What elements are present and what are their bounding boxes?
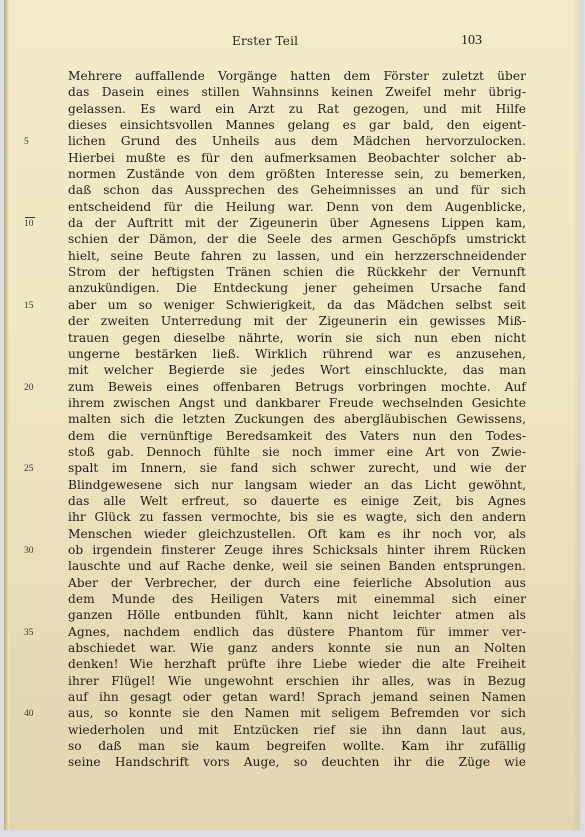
text-line: stoß gab. Dennoch fühlte sie noch immer … — [68, 444, 526, 460]
line-text: spalt im Innern, sie fand sich schwer zu… — [68, 460, 526, 476]
line-text: dieses einsichtsvollen Mannes gelang es … — [68, 117, 526, 133]
line-text: dem Munde des Heiligen Vaters mit einemm… — [68, 591, 526, 607]
text-line: denken! Wie herzhaft prüfte ihre Liebe w… — [68, 656, 526, 672]
line-text: ungerne bestärken ließ. Wirklich rührend… — [68, 346, 526, 362]
text-line: 5lichen Grund des Unheils aus dem Mädche… — [68, 133, 526, 149]
text-line: trauen gegen dieselbe nährte, worin sie … — [68, 330, 526, 346]
text-line: 10da der Auftritt mit der Zigeunerin übe… — [68, 215, 526, 231]
text-line: Blindgewesene sich nur langsam wieder an… — [68, 477, 526, 493]
line-text: anzukündigen. Die Entdeckung jener gehei… — [68, 280, 526, 296]
text-line: schien der Dämon, der die Seele des arme… — [68, 231, 526, 247]
line-text: gelassen. Es ward ein Arzt zu Rat gezoge… — [68, 101, 526, 117]
line-text: auf ihn gesagt oder getan ward! Sprach j… — [68, 689, 526, 705]
viewer-background-strip — [0, 830, 585, 837]
text-line: ihr Glück zu fassen vermochte, bis sie e… — [68, 509, 526, 525]
text-line: 20zum Beweis eines offenbaren Betrugs vo… — [68, 379, 526, 395]
line-number: 5 — [24, 134, 44, 150]
line-text: das Dasein eines stillen Wahnsinns keine… — [68, 84, 526, 100]
line-text: abschiedet war. Wie ganz anders konnte s… — [68, 640, 526, 656]
text-line: 15aber um so weniger Schwierigkeit, da d… — [68, 297, 526, 313]
line-text: denken! Wie herzhaft prüfte ihre Liebe w… — [68, 656, 526, 672]
line-number: 20 — [24, 380, 44, 396]
text-line: mit welcher Begierde sie jedes Wort eins… — [68, 362, 526, 378]
line-text: Blindgewesene sich nur langsam wieder an… — [68, 477, 526, 493]
line-number: 40 — [24, 706, 44, 722]
book-page: Erster Teil 103 Mehrere auffallende Vorg… — [4, 0, 580, 830]
text-line: dieses einsichtsvollen Mannes gelang es … — [68, 117, 526, 133]
line-text: Mehrere auffallende Vorgänge hatten dem … — [68, 68, 526, 84]
running-head: Erster Teil 103 — [4, 34, 580, 52]
line-text: hielt, seine Beute fahren zu lassen, und… — [68, 248, 526, 264]
line-text: zum Beweis eines offenbaren Betrugs vorb… — [68, 379, 526, 395]
line-number: 10 — [24, 216, 44, 232]
text-line: ihrem zwischen Angst und dankbarer Freud… — [68, 395, 526, 411]
text-line: 25spalt im Innern, sie fand sich schwer … — [68, 460, 526, 476]
text-line: lauschte und auf Rache denke, weil sie s… — [68, 558, 526, 574]
line-text: Aber der Verbrecher, der durch eine feie… — [68, 575, 526, 591]
line-text: schien der Dämon, der die Seele des arme… — [68, 231, 526, 247]
text-line: Hierbei mußte es für den aufmerksamen Be… — [68, 150, 526, 166]
line-text: das alle Welt erfreut, so dauerte es ein… — [68, 493, 526, 509]
line-text: Menschen wieder gleichzustellen. Oft kam… — [68, 526, 526, 542]
text-line: dem Munde des Heiligen Vaters mit einemm… — [68, 591, 526, 607]
line-text: mit welcher Begierde sie jedes Wort eins… — [68, 362, 526, 378]
line-text: lauschte und auf Rache denke, weil sie s… — [68, 558, 526, 574]
line-text: ihr Glück zu fassen vermochte, bis sie e… — [68, 509, 526, 525]
text-line: Mehrere auffallende Vorgänge hatten dem … — [68, 68, 526, 84]
line-text: wiederholen und mit Entzücken rief sie i… — [68, 722, 526, 738]
line-text: daß schon das Aussprechen des Geheimniss… — [68, 182, 526, 198]
line-text: malten sich die letzten Zuckungen des ab… — [68, 411, 526, 427]
line-number: 30 — [24, 543, 44, 559]
line-number: 35 — [24, 625, 44, 641]
line-text: so daß man sie kaum begreifen wollte. Ka… — [68, 738, 526, 754]
text-line: entscheidend für die Heilung war. Denn v… — [68, 199, 526, 215]
text-line: Aber der Verbrecher, der durch eine feie… — [68, 575, 526, 591]
text-line: seine Handschrift vors Auge, so deuchten… — [68, 754, 526, 770]
running-head-title: Erster Teil — [232, 34, 298, 48]
line-text: ihrem zwischen Angst und dankbarer Freud… — [68, 395, 526, 411]
text-line: ungerne bestärken ließ. Wirklich rührend… — [68, 346, 526, 362]
line-text: ganzen Hölle entbunden fühlt, kann nicht… — [68, 607, 526, 623]
text-line: ihrer Flügel! Wie ungewohnt erschien ihr… — [68, 673, 526, 689]
text-line: ganzen Hölle entbunden fühlt, kann nicht… — [68, 607, 526, 623]
page-edge-shadow — [572, 0, 580, 830]
text-line: der zweiten Unterredung mit der Zigeuner… — [68, 313, 526, 329]
line-text: der zweiten Unterredung mit der Zigeuner… — [68, 313, 526, 329]
text-line: normen Zustände von dem größten Interess… — [68, 166, 526, 182]
text-line: abschiedet war. Wie ganz anders konnte s… — [68, 640, 526, 656]
text-line: 40aus, so konnte sie den Namen mit selig… — [68, 705, 526, 721]
line-text: dem die vernünftige Beredsamkeit des Vat… — [68, 428, 526, 444]
text-line: malten sich die letzten Zuckungen des ab… — [68, 411, 526, 427]
line-text: lichen Grund des Unheils aus dem Mädchen… — [68, 133, 526, 149]
line-number: 25 — [24, 461, 44, 477]
line-text: seine Handschrift vors Auge, so deuchten… — [68, 754, 526, 770]
text-line: so daß man sie kaum begreifen wollte. Ka… — [68, 738, 526, 754]
line-text: entscheidend für die Heilung war. Denn v… — [68, 199, 526, 215]
text-line: dem die vernünftige Beredsamkeit des Vat… — [68, 428, 526, 444]
page-spine-shadow — [4, 0, 9, 830]
line-text: aber um so weniger Schwierigkeit, da das… — [68, 297, 526, 313]
line-text: Hierbei mußte es für den aufmerksamen Be… — [68, 150, 526, 166]
line-text: ihrer Flügel! Wie ungewohnt erschien ihr… — [68, 673, 526, 689]
text-line: wiederholen und mit Entzücken rief sie i… — [68, 722, 526, 738]
body-text: Mehrere auffallende Vorgänge hatten dem … — [68, 68, 526, 771]
line-text: stoß gab. Dennoch fühlte sie noch immer … — [68, 444, 526, 460]
text-line: Strom der heftigsten Tränen schien die R… — [68, 264, 526, 280]
text-line: gelassen. Es ward ein Arzt zu Rat gezoge… — [68, 101, 526, 117]
line-text: da der Auftritt mit der Zigeunerin über … — [68, 215, 526, 231]
line-text: aus, so konnte sie den Namen mit seligem… — [68, 705, 526, 721]
text-line: anzukündigen. Die Entdeckung jener gehei… — [68, 280, 526, 296]
page-number: 103 — [461, 33, 482, 49]
line-text: ob irgendein finsterer Zeuge ihres Schic… — [68, 542, 526, 558]
line-text: normen Zustände von dem größten Interess… — [68, 166, 526, 182]
text-line: Menschen wieder gleichzustellen. Oft kam… — [68, 526, 526, 542]
line-text: Strom der heftigsten Tränen schien die R… — [68, 264, 526, 280]
text-line: das Dasein eines stillen Wahnsinns keine… — [68, 84, 526, 100]
text-line: 35Agnes, nachdem endlich das düstere Pha… — [68, 624, 526, 640]
line-number: 15 — [24, 298, 44, 314]
text-line: 30ob irgendein finsterer Zeuge ihres Sch… — [68, 542, 526, 558]
text-line: das alle Welt erfreut, so dauerte es ein… — [68, 493, 526, 509]
text-line: hielt, seine Beute fahren zu lassen, und… — [68, 248, 526, 264]
line-text: trauen gegen dieselbe nährte, worin sie … — [68, 330, 526, 346]
text-line: daß schon das Aussprechen des Geheimniss… — [68, 182, 526, 198]
text-line: auf ihn gesagt oder getan ward! Sprach j… — [68, 689, 526, 705]
line-text: Agnes, nachdem endlich das düstere Phant… — [68, 624, 526, 640]
